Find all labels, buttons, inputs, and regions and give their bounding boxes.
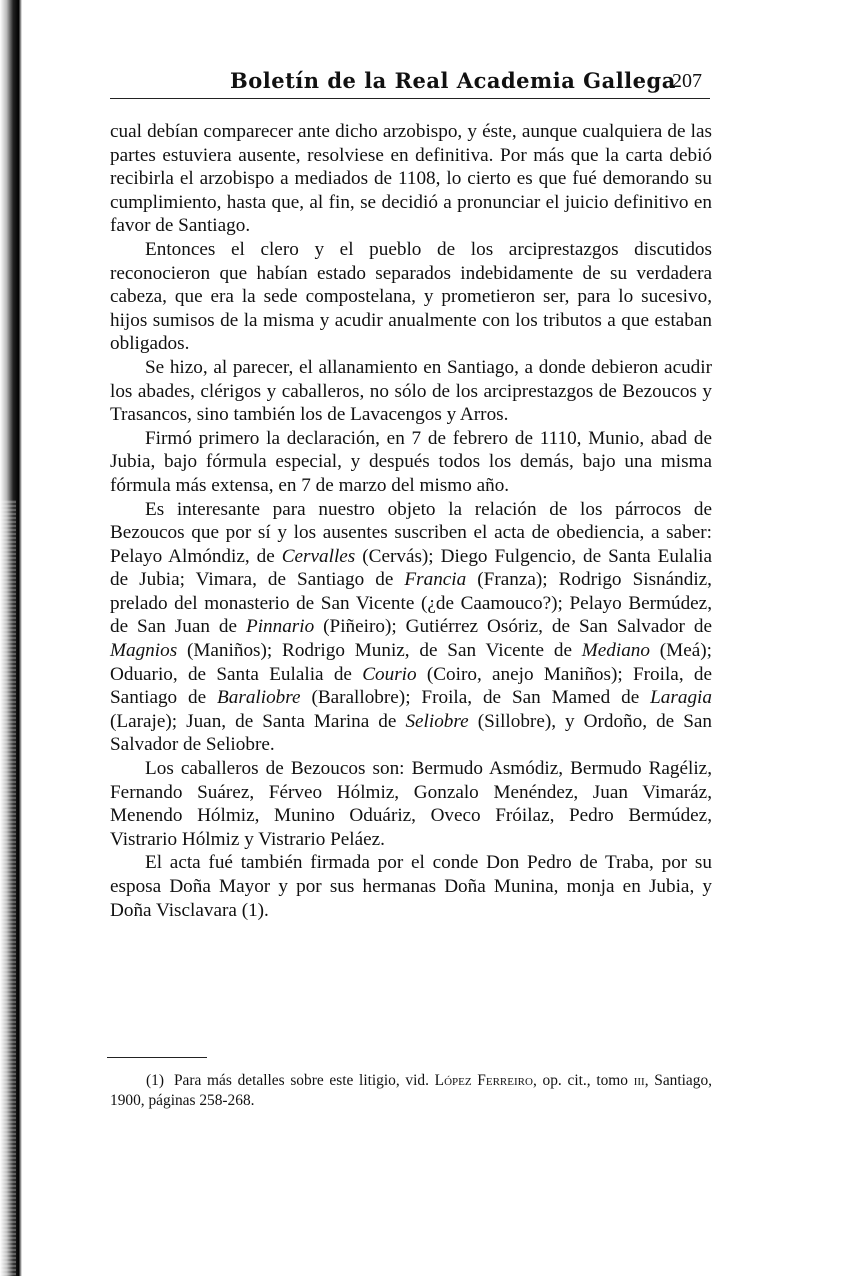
italic-place-name: Baraliobre [217, 687, 301, 708]
footnote-volume: iii [634, 1072, 645, 1089]
italic-place-name: Mediano [582, 640, 650, 661]
paragraph: El acta fué también firmada por el conde… [110, 851, 712, 922]
paragraph-text: cual debían comparecer ante dicho arzobi… [110, 121, 712, 236]
running-head: Boletín de la Real Academia Gallega 207 [110, 68, 710, 98]
footnote-rule [107, 1057, 207, 1058]
running-title: Boletín de la Real Academia Gallega [230, 68, 676, 93]
paragraph-text: El acta fué también firmada por el conde… [110, 852, 712, 920]
italic-place-name: Francia [404, 569, 466, 590]
footnote-text: , op. cit., tomo [533, 1072, 634, 1089]
footnote-text: Para más detalles sobre este litigio, vi… [174, 1072, 435, 1089]
italic-place-name: Cervalles [282, 546, 356, 567]
italic-place-name: Laragia [650, 687, 712, 708]
paragraph: cual debían comparecer ante dicho arzobi… [110, 120, 712, 238]
paragraph-text: (Piñeiro); Gutiérrez Osóriz, de San Salv… [314, 616, 712, 637]
paragraph-text: Se hizo, al parecer, el allanamiento en … [110, 357, 712, 425]
header-rule [110, 98, 710, 99]
paragraph: Es interesante para nuestro objeto la re… [110, 498, 712, 758]
paragraph: Entonces el clero y el pueblo de los arc… [110, 238, 712, 356]
paragraph-text: Los caballeros de Bezoucos son: Bermudo … [110, 758, 712, 850]
paragraph-text: Firmó primero la declaración, en 7 de fe… [110, 428, 712, 496]
italic-place-name: Pinnario [246, 616, 314, 637]
footnote-marker: (1) [110, 1072, 174, 1089]
scan-noise [0, 500, 16, 1276]
footnote: (1)Para más detalles sobre este litigio,… [110, 1071, 712, 1111]
italic-place-name: Seliobre [405, 711, 468, 732]
paragraph: Se hizo, al parecer, el allanamiento en … [110, 356, 712, 427]
body-text: cual debían comparecer ante dicho arzobi… [110, 120, 712, 922]
italic-place-name: Magnios [110, 640, 177, 661]
italic-place-name: Courio [362, 664, 416, 685]
paragraph: Firmó primero la declaración, en 7 de fe… [110, 427, 712, 498]
footnote-author: López Ferreiro [435, 1072, 533, 1089]
paragraph-text: (Laraje); Juan, de Santa Marina de [110, 711, 405, 732]
paragraph-text: Entonces el clero y el pueblo de los arc… [110, 239, 712, 354]
paragraph: Los caballeros de Bezoucos son: Bermudo … [110, 757, 712, 851]
paragraph-text: (Maniños); Rodrigo Muniz, de San Vicente… [177, 640, 582, 661]
paragraph-text: (Barallobre); Froila, de San Mamed de [301, 687, 651, 708]
page-number: 207 [672, 70, 702, 93]
